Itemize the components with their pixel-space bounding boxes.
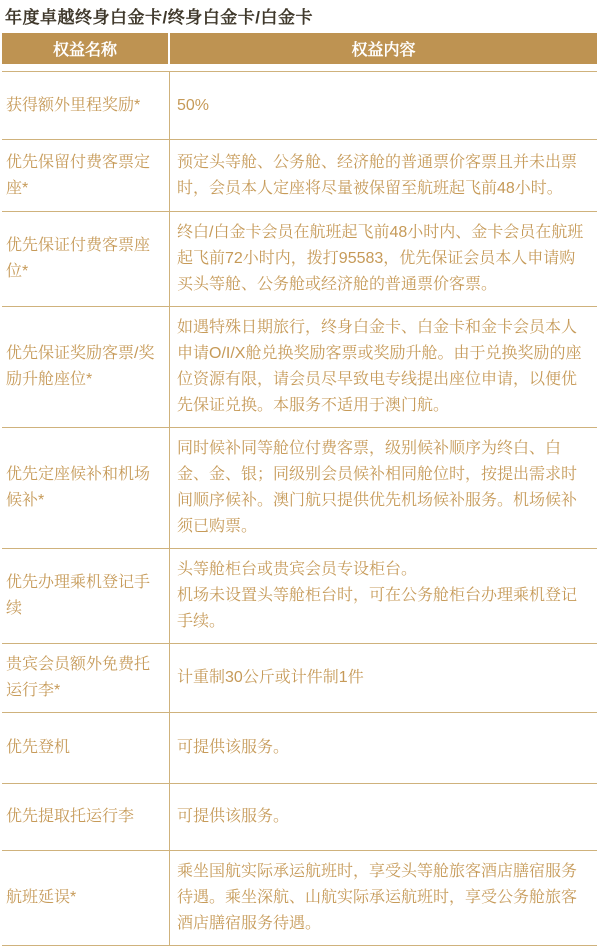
benefit-name-label: 优先提取托运行李	[6, 804, 159, 830]
content-paragraph: 机场未设置头等舱柜台时，可在公务舱柜台办理乘机登记手续。	[177, 583, 585, 635]
benefit-name-cell: 优先保留付费客票定座*	[2, 140, 170, 211]
table-row: 优先登机 可提供该服务。	[2, 713, 597, 784]
benefit-name-label: 获得额外里程奖励*	[6, 93, 159, 119]
benefits-table: 权益名称 权益内容 获得额外里程奖励* 50% 优先保留付费客票定座* 预定头等…	[2, 33, 597, 946]
benefit-name-cell: 优先保证付费客票座位*	[2, 212, 170, 306]
table-row: 优先提取托运行李 可提供该服务。	[2, 784, 597, 851]
benefit-name-cell: 航班延误*	[2, 851, 170, 945]
benefit-content-cell: 预定头等舱、公务舱、经济舱的普通票价客票且并未出票时，会员本人定座将尽量被保留至…	[170, 140, 597, 211]
table-row: 优先保证付费客票座位* 终白/白金卡会员在航班起飞前48小时内、金卡会员在航班起…	[2, 212, 597, 307]
content-paragraph: 乘坐国航实际承运航班时，享受头等舱旅客酒店膳宿服务待遇。乘坐深航、山航实际承运航…	[177, 859, 585, 937]
benefit-name-cell: 优先登机	[2, 713, 170, 783]
benefit-content-cell: 终白/白金卡会员在航班起飞前48小时内、金卡会员在航班起飞前72小时内，拨打95…	[170, 212, 597, 306]
benefit-name-label: 优先登机	[6, 735, 159, 761]
content-paragraph: 如遇特殊日期旅行，终身白金卡、白金卡和金卡会员本人申请O/I/X舱兑换奖励客票或…	[177, 315, 585, 419]
benefit-name-label: 优先办理乘机登记手续	[6, 570, 159, 622]
table-body: 获得额外里程奖励* 50% 优先保留付费客票定座* 预定头等舱、公务舱、经济舱的…	[2, 71, 597, 946]
benefit-name-label: 优先保证奖励客票/奖励升舱座位*	[6, 341, 159, 393]
table-row: 航班延误* 乘坐国航实际承运航班时，享受头等舱旅客酒店膳宿服务待遇。乘坐深航、山…	[2, 851, 597, 946]
benefit-name-cell: 优先办理乘机登记手续	[2, 549, 170, 643]
benefit-name-label: 航班延误*	[6, 885, 159, 911]
table-row: 优先保留付费客票定座* 预定头等舱、公务舱、经济舱的普通票价客票且并未出票时，会…	[2, 140, 597, 212]
benefit-name-cell: 获得额外里程奖励*	[2, 72, 170, 139]
table-row: 获得额外里程奖励* 50%	[2, 72, 597, 140]
page: 年度卓越终身白金卡/终身白金卡/白金卡 权益名称 权益内容 获得额外里程奖励* …	[0, 0, 600, 946]
header-cell-benefit-content: 权益内容	[170, 33, 597, 64]
table-header: 权益名称 权益内容	[2, 33, 597, 64]
table-row: 贵宾会员额外免费托运行李* 计重制30公斤或计件制1件	[2, 644, 597, 713]
benefit-content-cell: 如遇特殊日期旅行，终身白金卡、白金卡和金卡会员本人申请O/I/X舱兑换奖励客票或…	[170, 307, 597, 427]
benefit-name-cell: 优先定座候补和机场候补*	[2, 428, 170, 548]
benefit-name-cell: 优先保证奖励客票/奖励升舱座位*	[2, 307, 170, 427]
benefit-name-cell: 贵宾会员额外免费托运行李*	[2, 644, 170, 712]
benefit-content-cell: 计重制30公斤或计件制1件	[170, 644, 597, 712]
benefit-content-cell: 同时候补同等舱位付费客票，级别候补顺序为终白、白金、金、银；同级别会员候补相同舱…	[170, 428, 597, 548]
content-paragraph: 终白/白金卡会员在航班起飞前48小时内、金卡会员在航班起飞前72小时内，拨打95…	[177, 220, 585, 298]
content-paragraph: 计重制30公斤或计件制1件	[177, 665, 585, 691]
benefit-content-cell: 乘坐国航实际承运航班时，享受头等舱旅客酒店膳宿服务待遇。乘坐深航、山航实际承运航…	[170, 851, 597, 945]
content-paragraph: 可提供该服务。	[177, 735, 585, 761]
benefit-name-label: 优先保证付费客票座位*	[6, 233, 159, 285]
benefit-name-label: 优先定座候补和机场候补*	[6, 462, 159, 514]
content-paragraph: 同时候补同等舱位付费客票，级别候补顺序为终白、白金、金、银；同级别会员候补相同舱…	[177, 436, 585, 540]
content-paragraph: 50%	[177, 93, 585, 119]
benefit-content-cell: 可提供该服务。	[170, 784, 597, 850]
table-row: 优先定座候补和机场候补* 同时候补同等舱位付费客票，级别候补顺序为终白、白金、金…	[2, 428, 597, 549]
content-paragraph: 预定头等舱、公务舱、经济舱的普通票价客票且并未出票时，会员本人定座将尽量被保留至…	[177, 150, 585, 202]
content-paragraph: 头等舱柜台或贵宾会员专设柜台。	[177, 557, 585, 583]
header-cell-benefit-name: 权益名称	[2, 33, 170, 64]
benefit-name-label: 贵宾会员额外免费托运行李*	[6, 652, 159, 704]
benefit-name-cell: 优先提取托运行李	[2, 784, 170, 850]
benefit-name-label: 优先保留付费客票定座*	[6, 150, 159, 202]
benefit-content-cell: 50%	[170, 72, 597, 139]
benefit-content-cell: 可提供该服务。	[170, 713, 597, 783]
content-paragraph: 可提供该服务。	[177, 804, 585, 830]
benefit-content-cell: 头等舱柜台或贵宾会员专设柜台。机场未设置头等舱柜台时，可在公务舱柜台办理乘机登记…	[170, 549, 597, 643]
page-title: 年度卓越终身白金卡/终身白金卡/白金卡	[0, 0, 600, 26]
table-row: 优先保证奖励客票/奖励升舱座位* 如遇特殊日期旅行，终身白金卡、白金卡和金卡会员…	[2, 307, 597, 428]
table-row: 优先办理乘机登记手续 头等舱柜台或贵宾会员专设柜台。机场未设置头等舱柜台时，可在…	[2, 549, 597, 644]
